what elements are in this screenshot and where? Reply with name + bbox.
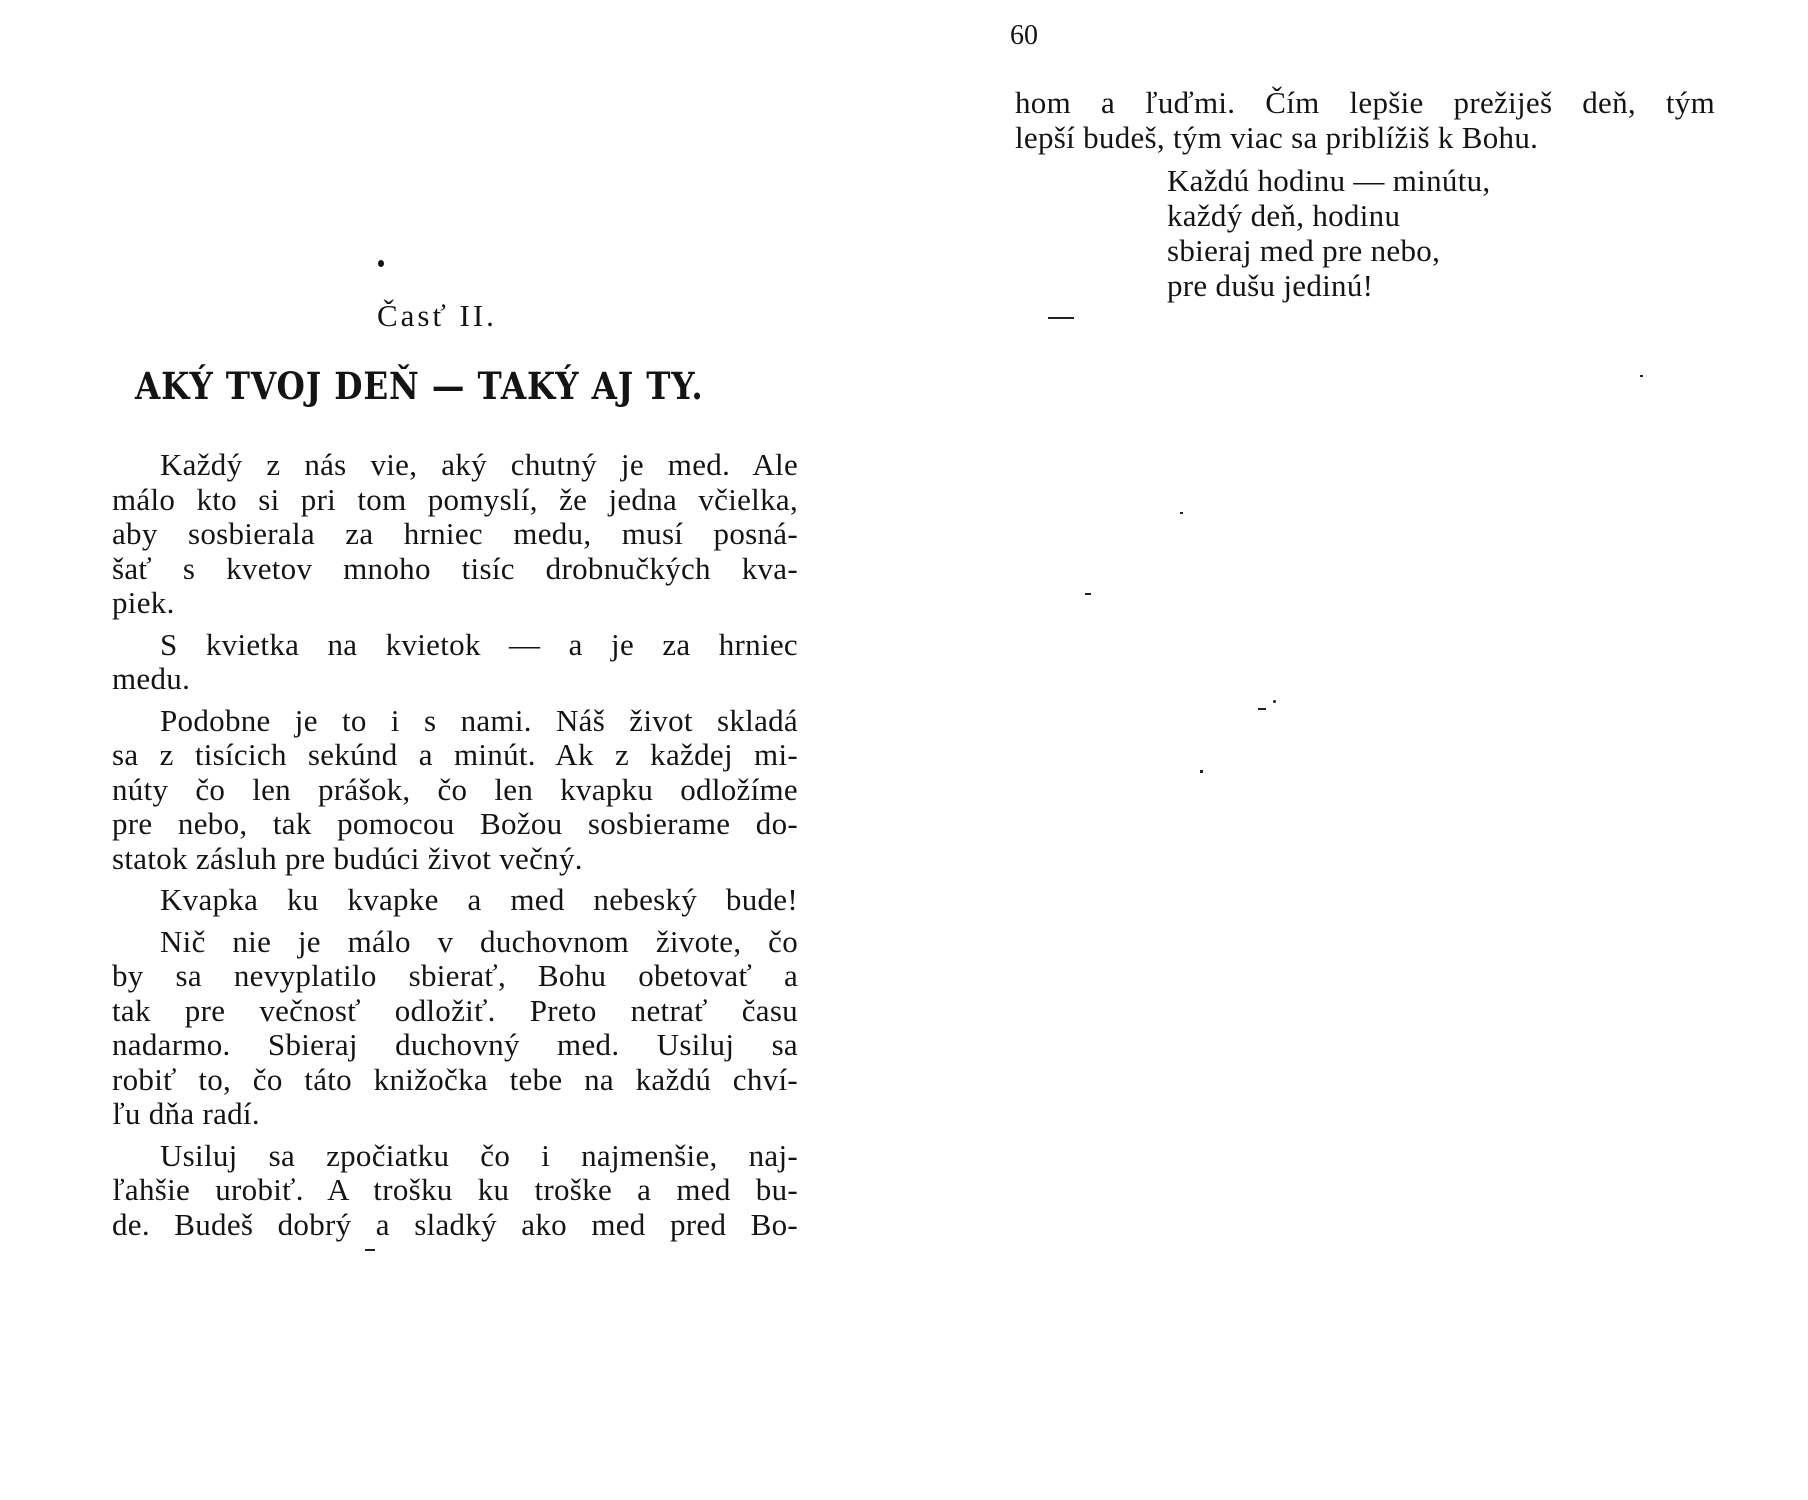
page-number: 60 bbox=[1010, 20, 1038, 52]
right-column: hom a ľuďmi. Čím lepšie prežiješ deň, tý… bbox=[1015, 86, 1715, 303]
text-line: Podobne je to i s nami. Náš život skladá bbox=[112, 704, 798, 739]
verse-line: Každú hodinu — minútu, bbox=[1167, 163, 1715, 198]
chapter-heading: AKÝ TVOJ DEŇ — TAKÝ AJ TY. bbox=[135, 364, 704, 408]
text-line: šať s kvetov mnoho tisíc drobnučkých kva… bbox=[112, 552, 798, 587]
text-line: sa z tisícich sekúnd a minút. Ak z každe… bbox=[112, 738, 798, 773]
scan-speck bbox=[1200, 770, 1203, 773]
continuation-text: hom a ľuďmi. Čím lepšie prežiješ deň, tý… bbox=[1015, 86, 1715, 155]
paragraph: Každý z nás vie, aký chutný je med. Ale … bbox=[112, 448, 798, 621]
scan-speck bbox=[1640, 375, 1643, 377]
text-line: tak pre večnosť odložiť. Preto netrať ča… bbox=[112, 994, 798, 1029]
scan-speck bbox=[1048, 317, 1074, 319]
text-line: robiť to, čo táto knižočka tebe na každú… bbox=[112, 1063, 798, 1098]
text-line: ľu dňa radí. bbox=[112, 1097, 798, 1132]
body-text: Každý z nás vie, aký chutný je med. Ale … bbox=[112, 448, 798, 1242]
scan-speck bbox=[1085, 593, 1091, 595]
text-line: Nič nie je málo v duchovnom živote, čo bbox=[112, 925, 798, 960]
text-line: Každý z nás vie, aký chutný je med. Ale bbox=[112, 448, 798, 483]
text-line: hom a ľuďmi. Čím lepšie prežiješ deň, tý… bbox=[1015, 86, 1715, 121]
text-line: lepší budeš, tým viac sa priblížiš k Boh… bbox=[1015, 121, 1715, 156]
verse-line: sbieraj med pre nebo, bbox=[1167, 233, 1715, 268]
text-line: de. Budeš dobrý a sladký ako med pred Bo… bbox=[112, 1208, 798, 1243]
part-label: Časť II. bbox=[377, 298, 497, 334]
verse: Každú hodinu — minútu, každý deň, hodinu… bbox=[1167, 163, 1715, 303]
paragraph: S kvietka na kvietok — a je za hrniec me… bbox=[112, 628, 798, 697]
text-line: nadarmo. Sbieraj duchovný med. Usiluj sa bbox=[112, 1028, 798, 1063]
text-line: núty čo len prášok, čo len kvapku odloží… bbox=[112, 773, 798, 808]
scan-speck bbox=[365, 1249, 375, 1251]
scan-speck bbox=[1273, 700, 1276, 703]
text-line: medu. bbox=[112, 662, 798, 697]
verse-line: každý deň, hodinu bbox=[1167, 198, 1715, 233]
text-line: Usiluj sa zpočiatku čo i najmenšie, naj- bbox=[112, 1139, 798, 1174]
paragraph: Podobne je to i s nami. Náš život skladá… bbox=[112, 704, 798, 877]
paragraph: Nič nie je málo v duchovnom živote, čo b… bbox=[112, 925, 798, 1132]
verse-line: pre dušu jedinú! bbox=[1167, 268, 1715, 303]
paragraph: Kvapka ku kvapke a med nebeský bude! bbox=[112, 883, 798, 918]
text-line: S kvietka na kvietok — a je za hrniec bbox=[112, 628, 798, 663]
text-line: by sa nevyplatilo sbierať, Bohu obetovať… bbox=[112, 959, 798, 994]
text-line: Kvapka ku kvapke a med nebeský bude! bbox=[112, 883, 798, 918]
text-line: piek. bbox=[112, 586, 798, 621]
text-line: málo kto si pri tom pomyslí, že jedna vč… bbox=[112, 483, 798, 518]
text-line: pre nebo, tak pomocou Božou sosbierame d… bbox=[112, 807, 798, 842]
paragraph: Usiluj sa zpočiatku čo i najmenšie, naj-… bbox=[112, 1139, 798, 1243]
scan-speck bbox=[1180, 512, 1183, 514]
text-line: ľahšie urobiť. A trošku ku troške a med … bbox=[112, 1173, 798, 1208]
bullet-mark bbox=[378, 260, 384, 267]
text-line: statok zásluh pre budúci život večný. bbox=[112, 842, 798, 877]
text-line: aby sosbierala za hrniec medu, musí posn… bbox=[112, 517, 798, 552]
scan-speck bbox=[1258, 708, 1266, 710]
